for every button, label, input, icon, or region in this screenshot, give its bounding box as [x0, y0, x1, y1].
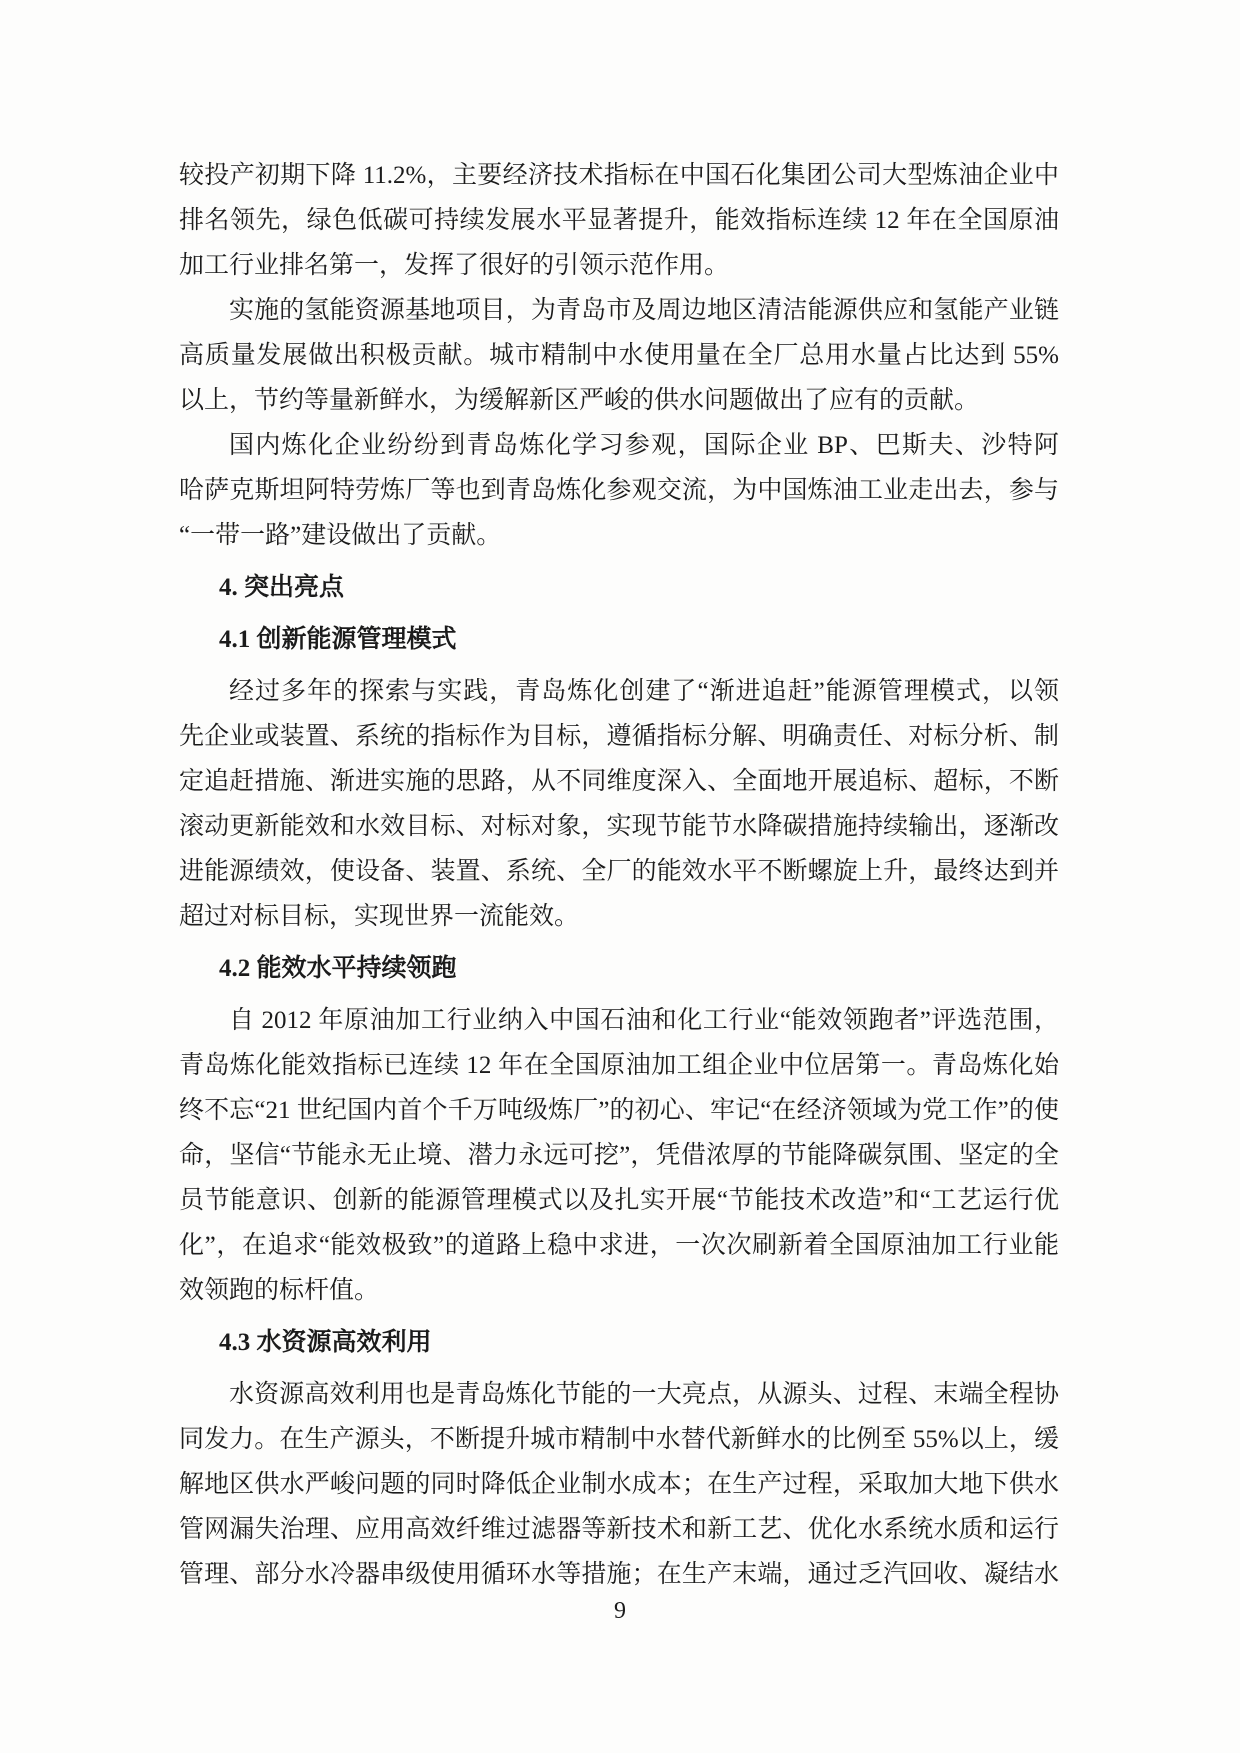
text-line: 超过对标目标，实现世界一流能效。	[179, 894, 1059, 939]
text-line: 定追赶措施、渐进实施的思路，从不同维度深入、全面地开展追标、超标，不断	[179, 759, 1059, 804]
text-line: 化”，在追求“能效极致”的道路上稳中求进，一次次刷新着全国原油加工行业能	[179, 1223, 1059, 1268]
page-number: 9	[0, 1595, 1240, 1627]
text-line: 国内炼化企业纷纷到青岛炼化学习参观，国际企业 BP、巴斯夫、沙特阿美、	[179, 423, 1059, 468]
text-line: 高质量发展做出积极贡献。城市精制中水使用量在全厂总用水量占比达到 55%	[179, 333, 1059, 378]
text-line: “一带一路”建设做出了贡献。	[179, 513, 1059, 558]
text-line: 效领跑的标杆值。	[179, 1268, 1059, 1313]
text-line: 终不忘“21 世纪国内首个千万吨级炼厂”的初心、牢记“在经济领域为党工作”的使	[179, 1088, 1059, 1133]
text-line: 自 2012 年原油加工行业纳入中国石油和化工行业“能效领跑者”评选范围，	[179, 998, 1059, 1043]
section-heading: 4.1 创新能源管理模式	[179, 617, 1059, 662]
text-line: 先企业或装置、系统的指标作为目标，遵循指标分解、明确责任、对标分析、制	[179, 714, 1059, 759]
text-line: 解地区供水严峻问题的同时降低企业制水成本；在生产过程，采取加大地下供水	[179, 1462, 1059, 1507]
text-line: 加工行业排名第一，发挥了很好的引领示范作用。	[179, 243, 1059, 288]
document-body: 较投产初期下降 11.2%，主要经济技术指标在中国石化集团公司大型炼油企业中排名…	[179, 153, 1059, 1597]
document-page: 较投产初期下降 11.2%，主要经济技术指标在中国石化集团公司大型炼油企业中排名…	[0, 0, 1240, 1753]
text-line: 哈萨克斯坦阿特劳炼厂等也到青岛炼化参观交流，为中国炼油工业走出去，参与	[179, 468, 1059, 513]
text-line: 员节能意识、创新的能源管理模式以及扎实开展“节能技术改造”和“工艺运行优	[179, 1178, 1059, 1223]
text-line: 青岛炼化能效指标已连续 12 年在全国原油加工组企业中位居第一。青岛炼化始	[179, 1043, 1059, 1088]
text-line: 较投产初期下降 11.2%，主要经济技术指标在中国石化集团公司大型炼油企业中	[179, 153, 1059, 198]
text-line: 管理、部分水冷器串级使用循环水等措施；在生产末端，通过乏汽回收、凝结水	[179, 1552, 1059, 1597]
text-line: 命，坚信“节能永无止境、潜力永远可挖”，凭借浓厚的节能降碳氛围、坚定的全	[179, 1133, 1059, 1178]
text-line: 管网漏失治理、应用高效纤维过滤器等新技术和新工艺、优化水系统水质和运行	[179, 1507, 1059, 1552]
text-line: 同发力。在生产源头，不断提升城市精制中水替代新鲜水的比例至 55%以上，缓	[179, 1417, 1059, 1462]
section-heading: 4. 突出亮点	[179, 565, 1059, 610]
text-line: 以上，节约等量新鲜水，为缓解新区严峻的供水问题做出了应有的贡献。	[179, 378, 1059, 423]
text-line: 进能源绩效，使设备、装置、系统、全厂的能效水平不断螺旋上升，最终达到并	[179, 849, 1059, 894]
text-line: 实施的氢能资源基地项目，为青岛市及周边地区清洁能源供应和氢能产业链	[179, 288, 1059, 333]
text-line: 排名领先，绿色低碳可持续发展水平显著提升，能效指标连续 12 年在全国原油	[179, 198, 1059, 243]
text-line: 水资源高效利用也是青岛炼化节能的一大亮点，从源头、过程、末端全程协	[179, 1372, 1059, 1417]
section-heading: 4.3 水资源高效利用	[179, 1320, 1059, 1365]
section-heading: 4.2 能效水平持续领跑	[179, 946, 1059, 991]
text-line: 经过多年的探索与实践，青岛炼化创建了“渐进追赶”能源管理模式，以领	[179, 669, 1059, 714]
text-line: 滚动更新能效和水效目标、对标对象，实现节能节水降碳措施持续输出，逐渐改	[179, 804, 1059, 849]
